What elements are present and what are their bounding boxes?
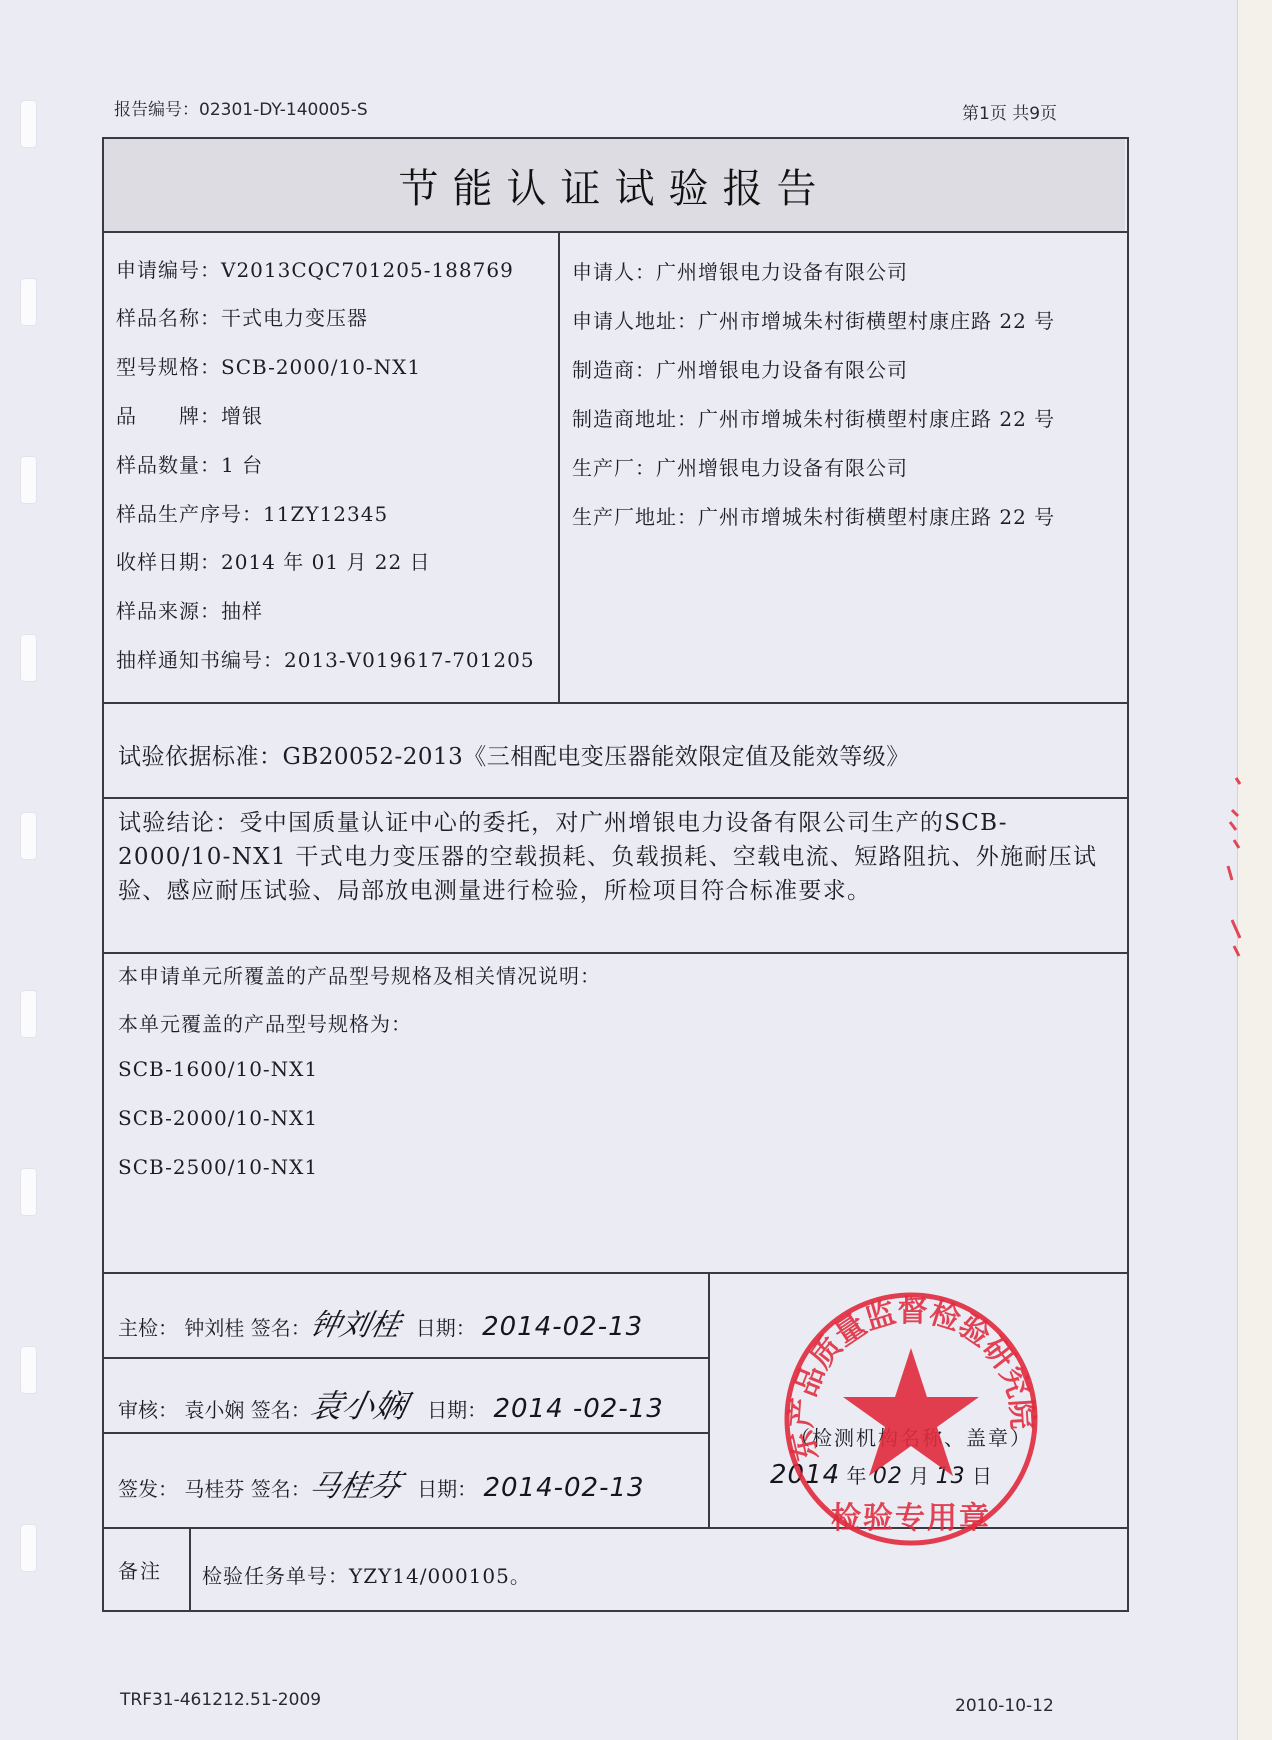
field-label: 收样日期： <box>116 550 221 574</box>
field-value: 11ZY12345 <box>263 502 388 526</box>
coverage-heading: 本申请单元所覆盖的产品型号规格及相关情况说明： <box>118 960 601 989</box>
field-value: 广州增银电力设备有限公司 <box>656 260 908 284</box>
official-seal-stamp: 东产品质量监督检验研究院 检验专用章 <box>782 1290 1040 1548</box>
info-row-sampling-notice: 抽样通知书编号：2013-V019617-701205 <box>116 644 535 673</box>
remarks-value: 检验任务单号：YZY14/000105。 <box>202 1560 531 1589</box>
person-name: 马桂芬 <box>184 1477 244 1501</box>
info-row-receipt-date: 收样日期：2014 年 01 月 22 日 <box>116 546 431 575</box>
test-standard: 试验依据标准：GB20052-2013《三相配电变压器能效限定值及能效等级》 <box>118 738 910 771</box>
date-label: 日期： <box>416 1316 476 1340</box>
handwritten-signature: 马桂芬 <box>306 1461 415 1505</box>
report-title: 节能认证试验报告 <box>399 157 831 214</box>
field-label: 生产厂地址： <box>572 505 698 529</box>
field-value: 广州市增城朱村街横塱村康庄路 22 号 <box>698 505 1055 529</box>
field-label: 制造商： <box>572 358 656 382</box>
info-row-factory: 生产厂：广州增银电力设备有限公司 <box>572 452 908 481</box>
role-label: 审核： <box>118 1398 178 1422</box>
signature-row-inspector: 主检： 钟刘桂 签名：钟刘桂日期： 2014-02-13 <box>118 1300 643 1344</box>
field-value: 广州增银电力设备有限公司 <box>656 456 908 480</box>
field-label: 样品来源： <box>116 599 221 623</box>
signature-row-reviewer: 审核： 袁小娴 签名：袁小娴 日期： 2014 -02-13 <box>118 1381 664 1427</box>
info-row-applicant: 申请人：广州增银电力设备有限公司 <box>572 256 908 285</box>
remarks-label: 备注 <box>118 1555 162 1584</box>
field-label: 品 牌： <box>116 404 221 428</box>
field-label: 申请编号： <box>116 258 221 282</box>
title-band: 节能认证试验报告 <box>104 139 1125 231</box>
info-row-application-no: 申请编号：V2013CQC701205-188769 <box>116 254 514 283</box>
field-label: 样品名称： <box>116 306 221 330</box>
field-value: 广州增银电力设备有限公司 <box>656 358 908 382</box>
column-divider <box>708 1272 710 1528</box>
covered-model: SCB-2000/10-NX1 <box>118 1106 318 1130</box>
info-row-model: 型号规格：SCB-2000/10-NX1 <box>116 351 421 380</box>
field-label: 生产厂： <box>572 456 656 480</box>
field-value: SCB-2000/10-NX1 <box>221 355 421 379</box>
field-value: 2014 年 01 月 22 日 <box>221 550 431 574</box>
sign-label: 签名： <box>251 1398 311 1422</box>
divider <box>102 797 1129 799</box>
binding-hole <box>20 1524 37 1572</box>
divider <box>102 1357 710 1359</box>
info-row-serial-no: 样品生产序号：11ZY12345 <box>116 498 388 527</box>
field-label: 型号规格： <box>116 355 221 379</box>
field-value: 广州市增城朱村街横塱村康庄路 22 号 <box>698 407 1055 431</box>
coverage-subheading: 本单元覆盖的产品型号规格为： <box>118 1008 412 1037</box>
binding-hole <box>20 990 37 1038</box>
partial-seal-fragment <box>1218 770 1242 960</box>
info-row-brand: 品 牌：增银 <box>116 400 263 429</box>
date-label: 日期： <box>417 1477 477 1501</box>
binding-hole <box>20 634 37 682</box>
field-label: 申请人地址： <box>572 309 698 333</box>
info-row-quantity: 样品数量：1 台 <box>116 449 263 478</box>
page-indicator: 第1页 共9页 <box>962 99 1057 124</box>
info-row-manufacturer: 制造商：广州增银电力设备有限公司 <box>572 354 908 383</box>
divider <box>102 952 1129 954</box>
field-value: 增银 <box>221 404 263 428</box>
field-value: 广州市增城朱村街横塱村康庄路 22 号 <box>698 309 1055 333</box>
info-row-factory-address: 生产厂地址：广州市增城朱村街横塱村康庄路 22 号 <box>572 501 1055 530</box>
divider <box>102 702 1129 704</box>
report-page: 报告编号：02301-DY-140005-S 第1页 共9页 节能认证试验报告 … <box>0 0 1237 1740</box>
divider <box>102 231 1129 233</box>
handwritten-date: 2014 -02-13 <box>493 1394 663 1424</box>
field-label: 样品数量： <box>116 453 221 477</box>
star-icon <box>843 1348 979 1476</box>
binding-hole <box>20 812 37 860</box>
role-label: 主检： <box>118 1316 178 1340</box>
field-value: 干式电力变压器 <box>221 306 368 330</box>
handwritten-signature: 袁小娴 <box>306 1381 426 1427</box>
covered-model: SCB-1600/10-NX1 <box>118 1057 318 1081</box>
test-conclusion-text: 受中国质量认证中心的委托，对广州增银电力设备有限公司生产的SCB-2000/10… <box>118 810 1097 904</box>
role-label: 签发： <box>118 1477 178 1501</box>
test-conclusion-label: 试验结论： <box>118 810 240 836</box>
signature-row-approver: 签发： 马桂芬 签名：马桂芬 日期： 2014-02-13 <box>118 1461 645 1505</box>
column-divider <box>558 231 560 703</box>
field-value: V2013CQC701205-188769 <box>221 258 514 282</box>
column-divider <box>189 1527 191 1612</box>
field-value: 2013-V019617-701205 <box>284 648 535 672</box>
binding-hole <box>20 100 37 148</box>
divider <box>102 1432 710 1434</box>
person-name: 袁小娴 <box>184 1398 244 1422</box>
info-row-sample-name: 样品名称：干式电力变压器 <box>116 302 368 331</box>
info-row-sample-source: 样品来源：抽样 <box>116 595 263 624</box>
test-standard-label: 试验依据标准： <box>118 744 283 770</box>
person-name: 钟刘桂 <box>184 1316 244 1340</box>
form-code: TRF31-461212.51-2009 <box>120 1690 321 1710</box>
binding-hole <box>20 1346 37 1394</box>
test-conclusion: 试验结论：受中国质量认证中心的委托，对广州增银电力设备有限公司生产的SCB-20… <box>118 806 1118 908</box>
field-label: 制造商地址： <box>572 407 698 431</box>
info-row-applicant-address: 申请人地址：广州市增城朱村街横塱村康庄路 22 号 <box>572 305 1055 334</box>
field-label: 样品生产序号： <box>116 502 263 526</box>
covered-model: SCB-2500/10-NX1 <box>118 1155 318 1179</box>
seal-purpose-text: 检验专用章 <box>831 1501 991 1536</box>
field-label: 抽样通知书编号： <box>116 648 284 672</box>
binding-hole <box>20 456 37 504</box>
date-label: 日期： <box>427 1398 487 1422</box>
handwritten-signature: 钟刘桂 <box>306 1300 420 1344</box>
field-label: 申请人： <box>572 260 656 284</box>
divider <box>102 1272 1129 1274</box>
report-number: 报告编号：02301-DY-140005-S <box>114 95 368 120</box>
binding-hole <box>20 1168 37 1216</box>
field-value: 抽样 <box>221 599 263 623</box>
sign-label: 签名： <box>251 1316 311 1340</box>
binding-hole <box>20 278 37 326</box>
info-row-manufacturer-address: 制造商地址：广州市增城朱村街横塱村康庄路 22 号 <box>572 403 1055 432</box>
sign-label: 签名： <box>251 1477 311 1501</box>
handwritten-date: 2014-02-13 <box>483 1473 644 1503</box>
field-value: 1 台 <box>221 453 263 477</box>
handwritten-date: 2014-02-13 <box>482 1312 643 1342</box>
form-date: 2010-10-12 <box>955 1696 1054 1716</box>
test-standard-value: GB20052-2013《三相配电变压器能效限定值及能效等级》 <box>283 744 910 770</box>
